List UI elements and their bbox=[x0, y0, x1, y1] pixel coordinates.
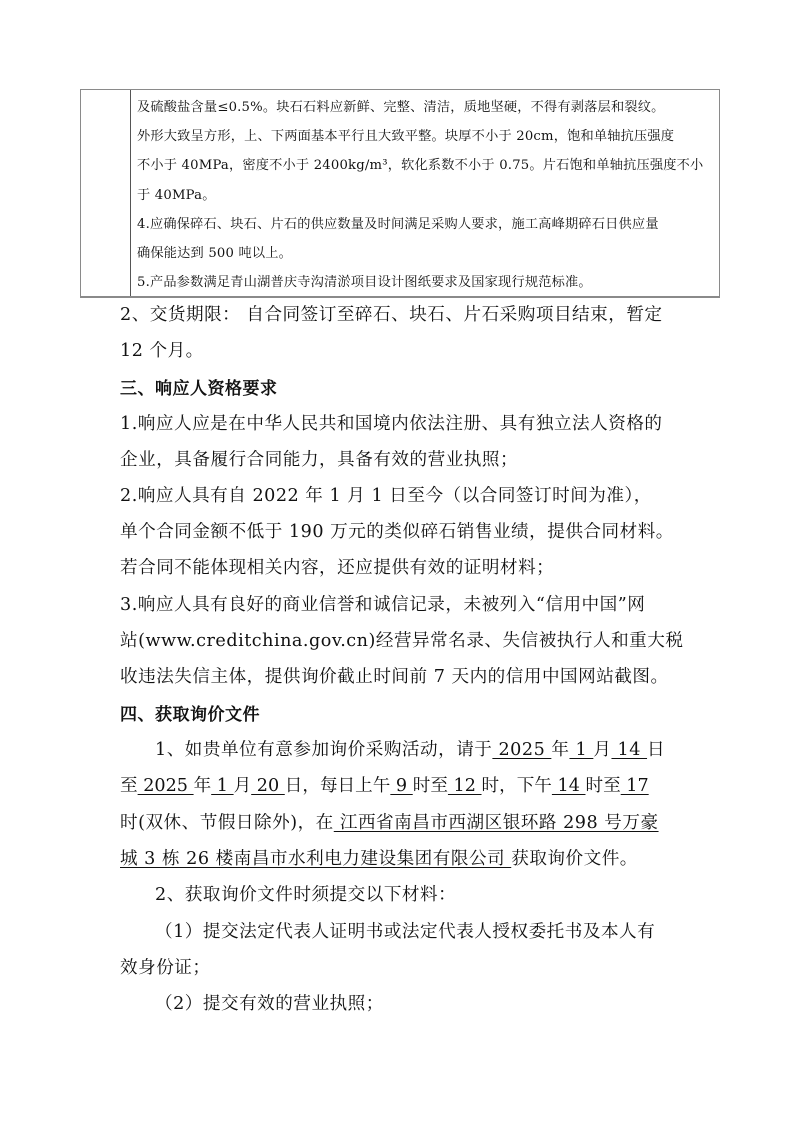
section-3-line: 3.响应人具有良好的商业信誉和诚信记录，未被列入“信用中国”网 bbox=[120, 591, 690, 616]
document-page: 及硫酸盐含量≤0.5%。块石石料应新鲜、完整、清洁，质地坚硬，不得有剥落层和裂纹… bbox=[0, 0, 800, 1131]
text: 月 bbox=[593, 740, 611, 760]
acquire-paragraph-line-1: 1、如贵单位有意参加询价采购活动，请于 2025 年 1 月 14 日 bbox=[155, 736, 725, 761]
acquire-paragraph-line-3: 时(双休、节假日除外)，在 江西省南昌市西湖区银环路 298 号万豪 bbox=[120, 809, 690, 834]
pm-start-hour: 14 bbox=[552, 776, 586, 796]
section-3-line: 站(www.creditchina.gov.cn)经营异常名录、失信被执行人和重… bbox=[120, 627, 690, 652]
delivery-line-2: 12 个月。 bbox=[120, 337, 690, 362]
text: 日 bbox=[647, 740, 665, 760]
text: 日，每日上午 bbox=[285, 776, 391, 796]
end-day: 20 bbox=[251, 776, 285, 796]
table-line: 确保能达到 500 吨以上。 bbox=[137, 239, 719, 268]
text: 时，下午 bbox=[482, 776, 552, 796]
address-part-2: 城 3 栋 26 楼南昌市水利电力建设集团有限公司 bbox=[120, 849, 511, 869]
text: 年 bbox=[551, 740, 569, 760]
text: 1、如贵单位有意参加询价采购活动，请于 bbox=[155, 740, 492, 760]
section-3-line: 若合同不能体现相关内容，还应提供有效的证明材料； bbox=[120, 554, 690, 579]
material-item-2: （2）提交有效的营业执照； bbox=[155, 990, 725, 1015]
table-line: 外形大致呈方形，上、下两面基本平行且大致平整。块厚不小于 20cm，饱和单轴抗压… bbox=[137, 122, 719, 151]
table-line: 5.产品参数满足青山湖普庆寺沟清淤项目设计图纸要求及国家现行规范标准。 bbox=[137, 268, 719, 297]
pm-end-hour: 17 bbox=[621, 776, 649, 796]
delivery-line-1: 2、交货期限： 自合同签订至碎石、块石、片石采购项目结束，暂定 bbox=[120, 301, 690, 326]
section-4-heading: 四、获取询价文件 bbox=[120, 700, 690, 725]
section-3-line: 2.响应人具有自 2022 年 1 月 1 日至今（以合同签订时间为准）， bbox=[120, 482, 690, 507]
section-3-line: 企业，具备履行合同能力，具备有效的营业执照； bbox=[120, 446, 690, 471]
text: 获取询价文件。 bbox=[511, 849, 638, 869]
section-3-line: 1.响应人应是在中华人民共和国境内依法注册、具有独立法人资格的 bbox=[120, 410, 690, 435]
table-line: 于 40MPa。 bbox=[137, 181, 719, 210]
address-part-1: 江西省南昌市西湖区银环路 298 号万豪 bbox=[334, 813, 659, 833]
spec-table: 及硫酸盐含量≤0.5%。块石石料应新鲜、完整、清洁，质地坚硬，不得有剥落层和裂纹… bbox=[80, 89, 720, 298]
table-line: 4.应确保碎石、块石、片石的供应数量及时间满足采购人要求，施工高峰期碎石日供应量 bbox=[137, 210, 719, 239]
start-day: 14 bbox=[611, 740, 647, 760]
table-left-cell bbox=[81, 90, 131, 296]
section-3-line: 单个合同金额不低于 190 万元的类似碎石销售业绩，提供合同材料。 bbox=[120, 518, 690, 543]
acquire-paragraph-line-4: 城 3 栋 26 楼南昌市水利电力建设集团有限公司 获取询价文件。 bbox=[120, 845, 690, 870]
end-year: 2025 bbox=[138, 776, 194, 796]
acquire-paragraph-line-2: 至 2025 年 1 月 20 日，每日上午 9 时至 12 时，下午 14 时… bbox=[120, 772, 690, 797]
am-end-hour: 12 bbox=[448, 776, 482, 796]
material-item-1-line-1: （1）提交法定代表人证明书或法定代表人授权委托书及本人有 bbox=[155, 918, 725, 943]
end-month: 1 bbox=[211, 776, 233, 796]
materials-intro: 2、获取询价文件时须提交以下材料： bbox=[155, 881, 725, 906]
start-year: 2025 bbox=[492, 740, 551, 760]
table-line: 不小于 40MPa，密度不小于 2400kg/m³，软化系数不小于 0.75。片… bbox=[137, 151, 719, 180]
text: 月 bbox=[234, 776, 252, 796]
section-3-line: 收违法失信主体，提供询价截止时间前 7 天内的信用中国网站截图。 bbox=[120, 663, 690, 688]
material-item-1-line-2: 效身份证； bbox=[120, 954, 690, 979]
am-start-hour: 9 bbox=[390, 776, 412, 796]
text: 年 bbox=[194, 776, 212, 796]
text: 时至 bbox=[585, 776, 620, 796]
text: 时至 bbox=[413, 776, 448, 796]
section-3-heading: 三、响应人资格要求 bbox=[120, 374, 690, 399]
table-right-cell: 及硫酸盐含量≤0.5%。块石石料应新鲜、完整、清洁，质地坚硬，不得有剥落层和裂纹… bbox=[131, 90, 719, 296]
text: 时(双休、节假日除外)，在 bbox=[120, 813, 334, 833]
text: 至 bbox=[120, 776, 138, 796]
start-month: 1 bbox=[569, 740, 593, 760]
table-line: 及硫酸盐含量≤0.5%。块石石料应新鲜、完整、清洁，质地坚硬，不得有剥落层和裂纹… bbox=[137, 93, 719, 122]
